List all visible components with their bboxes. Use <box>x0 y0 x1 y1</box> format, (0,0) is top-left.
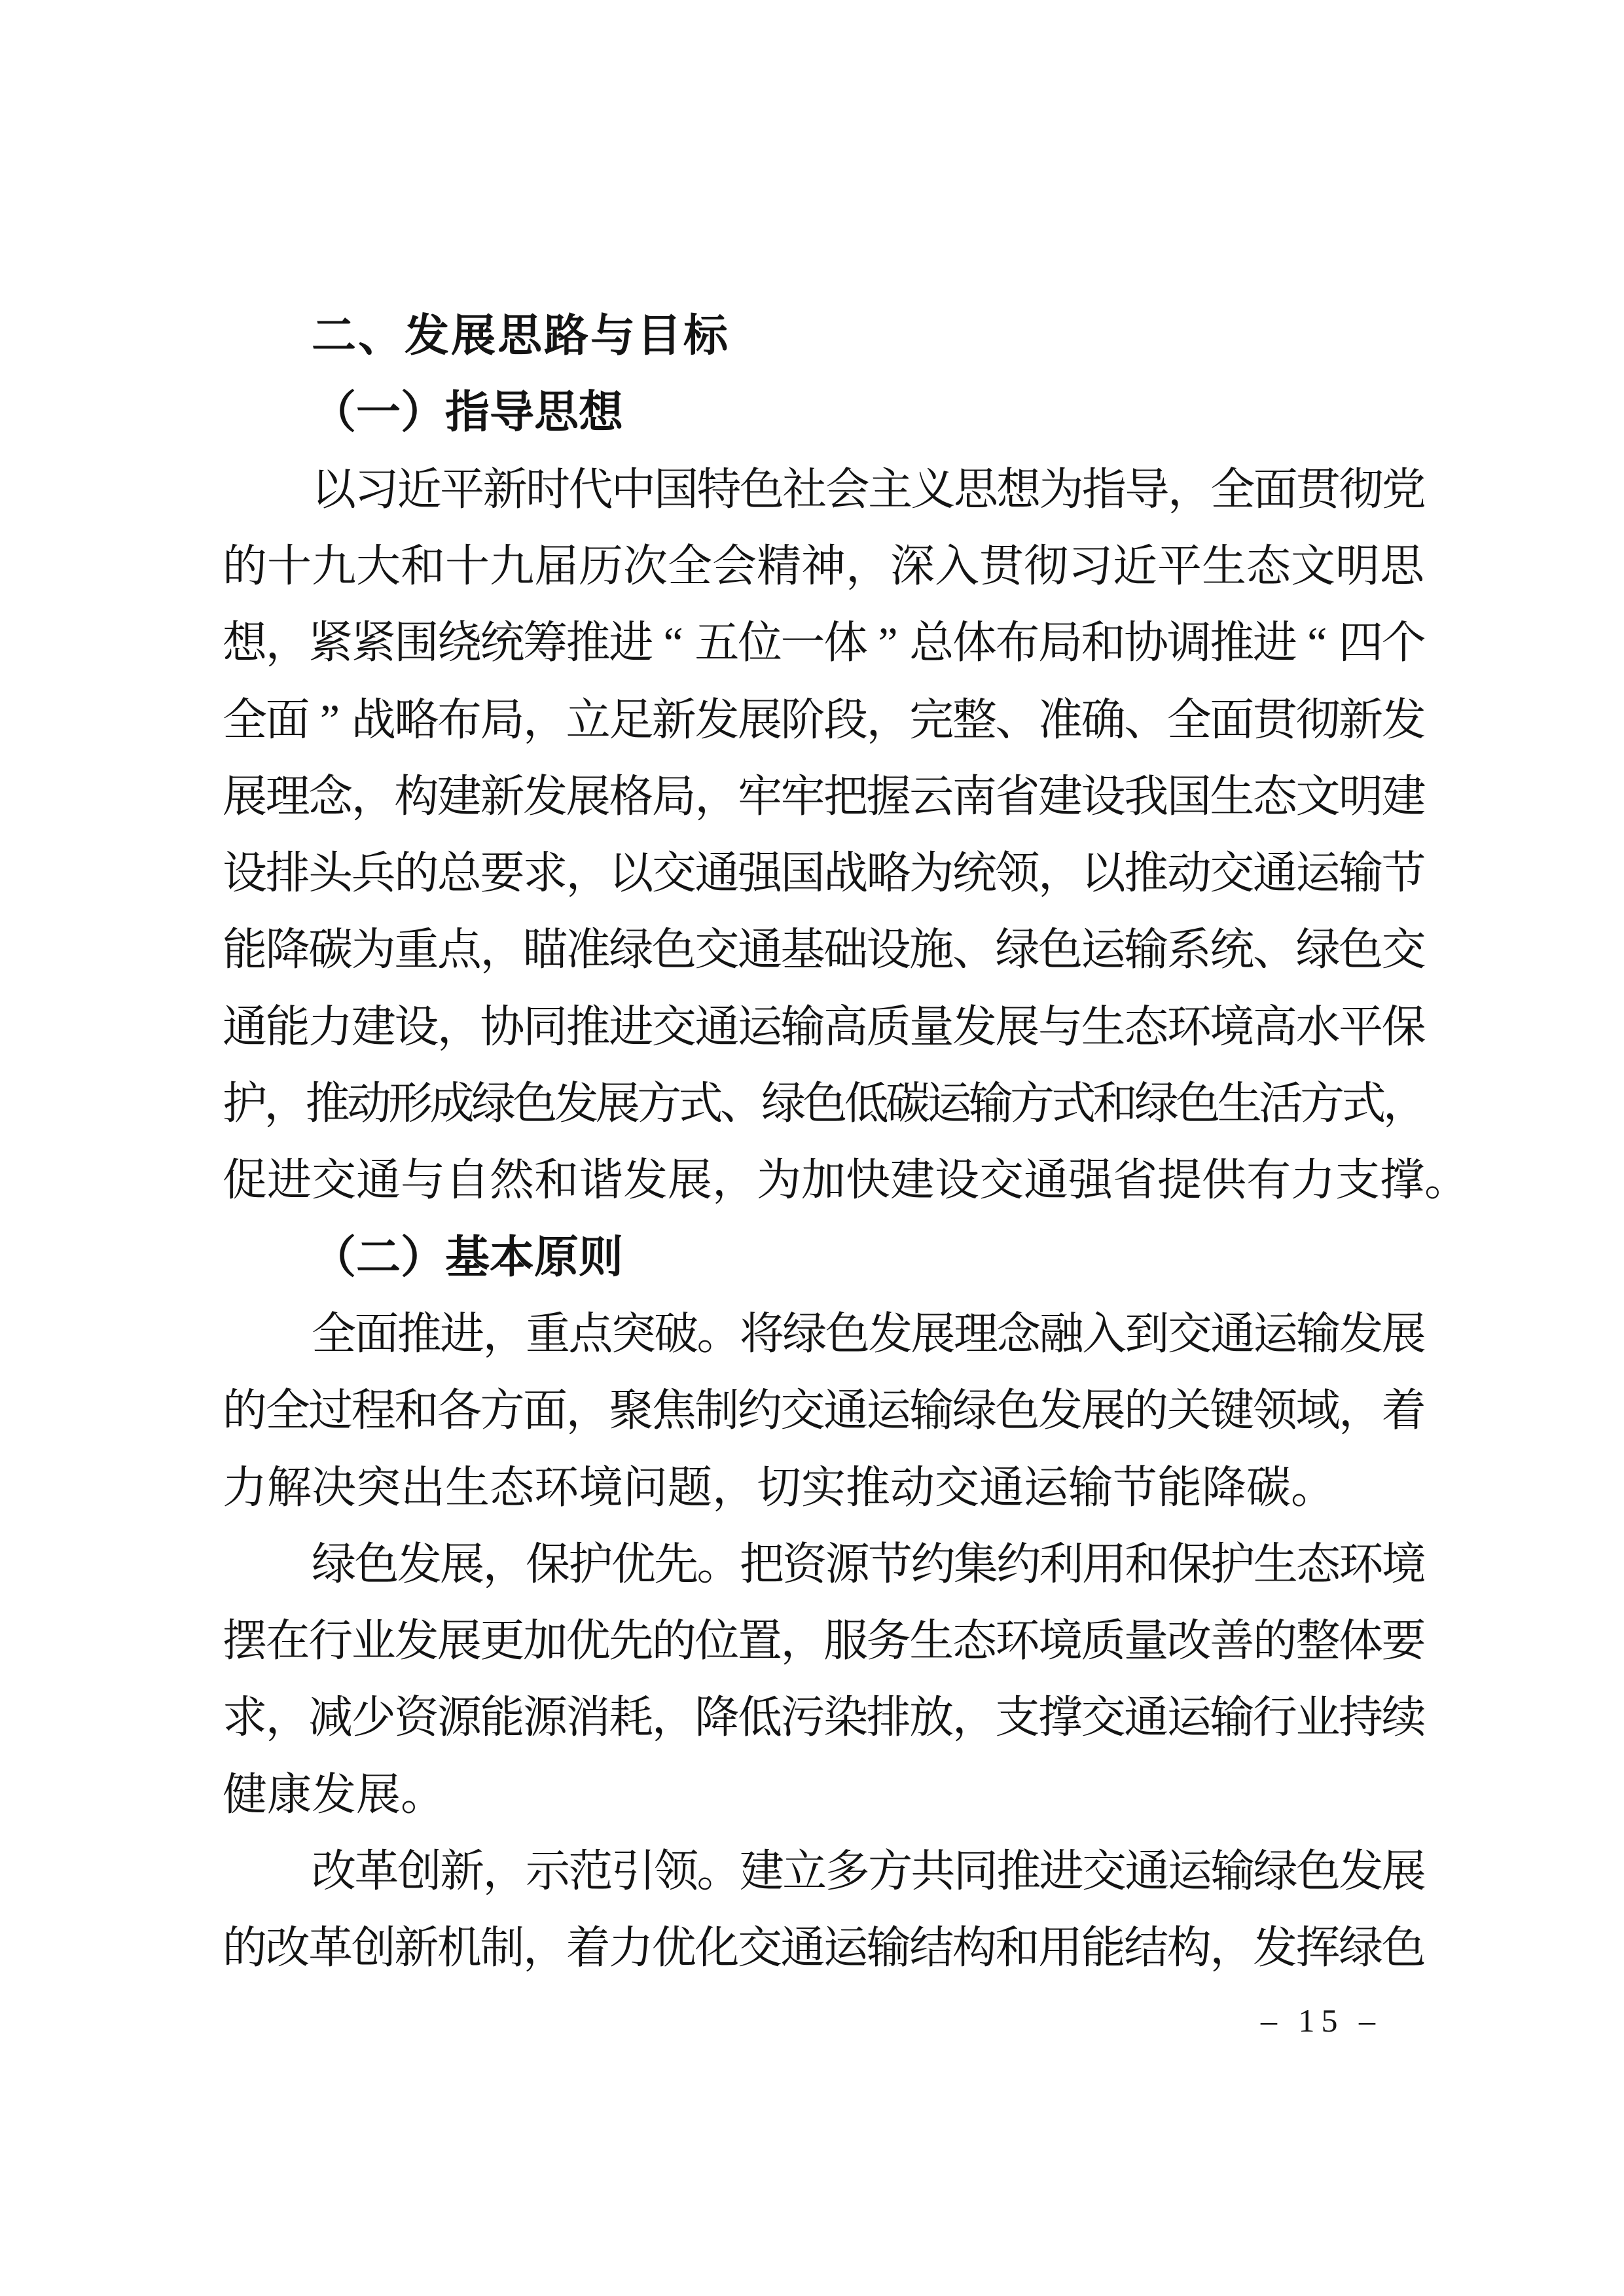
body-line: 摆在行业发展更加优先的位置，服务生态环境质量改善的整体要 <box>223 1603 1424 1680</box>
body-line: 的全过程和各方面，聚焦制约交通运输绿色发展的关键领域，着 <box>223 1372 1424 1450</box>
chapter-heading: 二、发展思路与目标 <box>223 298 1424 375</box>
body-line: 护，推动形成绿色发展方式、绿色低碳运输方式和绿色生活方式， <box>223 1066 1424 1143</box>
body-line: 全面”战略布局，立足新发展阶段，完整、准确、全面贯彻新发 <box>223 682 1424 759</box>
body-line: 想，紧紧围绕统筹推进“五位一体”总体布局和协调推进“四个 <box>223 605 1424 682</box>
body-line: 的改革创新机制，着力优化交通运输结构和用能结构，发挥绿色 <box>223 1910 1424 1987</box>
body-line: 能降碳为重点，瞄准绿色交通基础设施、绿色运输系统、绿色交 <box>223 912 1424 989</box>
body-line: 的十九大和十九届历次全会精神，深入贯彻习近平生态文明思 <box>223 528 1424 605</box>
body-line: 绿色发展，保护优先。把资源节约集约利用和保护生态环境 <box>223 1526 1424 1604</box>
body-line: 通能力建设，协同推进交通运输高质量发展与生态环境高水平保 <box>223 989 1424 1066</box>
document-text-column: 二、发展思路与目标（一）指导思想以习近平新时代中国特色社会主义思想为指导，全面贯… <box>223 298 1424 2026</box>
body-line: 促进交通与自然和谐发展，为加快建设交通强省提供有力支撑。 <box>223 1142 1424 1219</box>
body-line: 设排头兵的总要求，以交通强国战略为统领，以推动交通运输节 <box>223 835 1424 912</box>
page-number: – 15 – <box>1261 2000 1382 2041</box>
body-line: 健康发展。 <box>223 1757 1424 1834</box>
body-line: 以习近平新时代中国特色社会主义思想为指导，全面贯彻党 <box>223 452 1424 529</box>
section-heading: （二）基本原则 <box>223 1219 1424 1297</box>
body-line: 改革创新，示范引领。建立多方共同推进交通运输绿色发展 <box>223 1833 1424 1910</box>
document-page: 二、发展思路与目标（一）指导思想以习近平新时代中国特色社会主义思想为指导，全面贯… <box>0 0 1624 2296</box>
body-line: 力解决突出生态环境问题，切实推动交通运输节能降碳。 <box>223 1450 1424 1527</box>
body-line: 展理念，构建新发展格局，牢牢把握云南省建设我国生态文明建 <box>223 759 1424 836</box>
body-line: 求，减少资源能源消耗，降低污染排放，支撑交通运输行业持续 <box>223 1679 1424 1757</box>
section-heading: （一）指导思想 <box>223 374 1424 452</box>
body-line: 全面推进，重点突破。将绿色发展理念融入到交通运输发展 <box>223 1296 1424 1373</box>
